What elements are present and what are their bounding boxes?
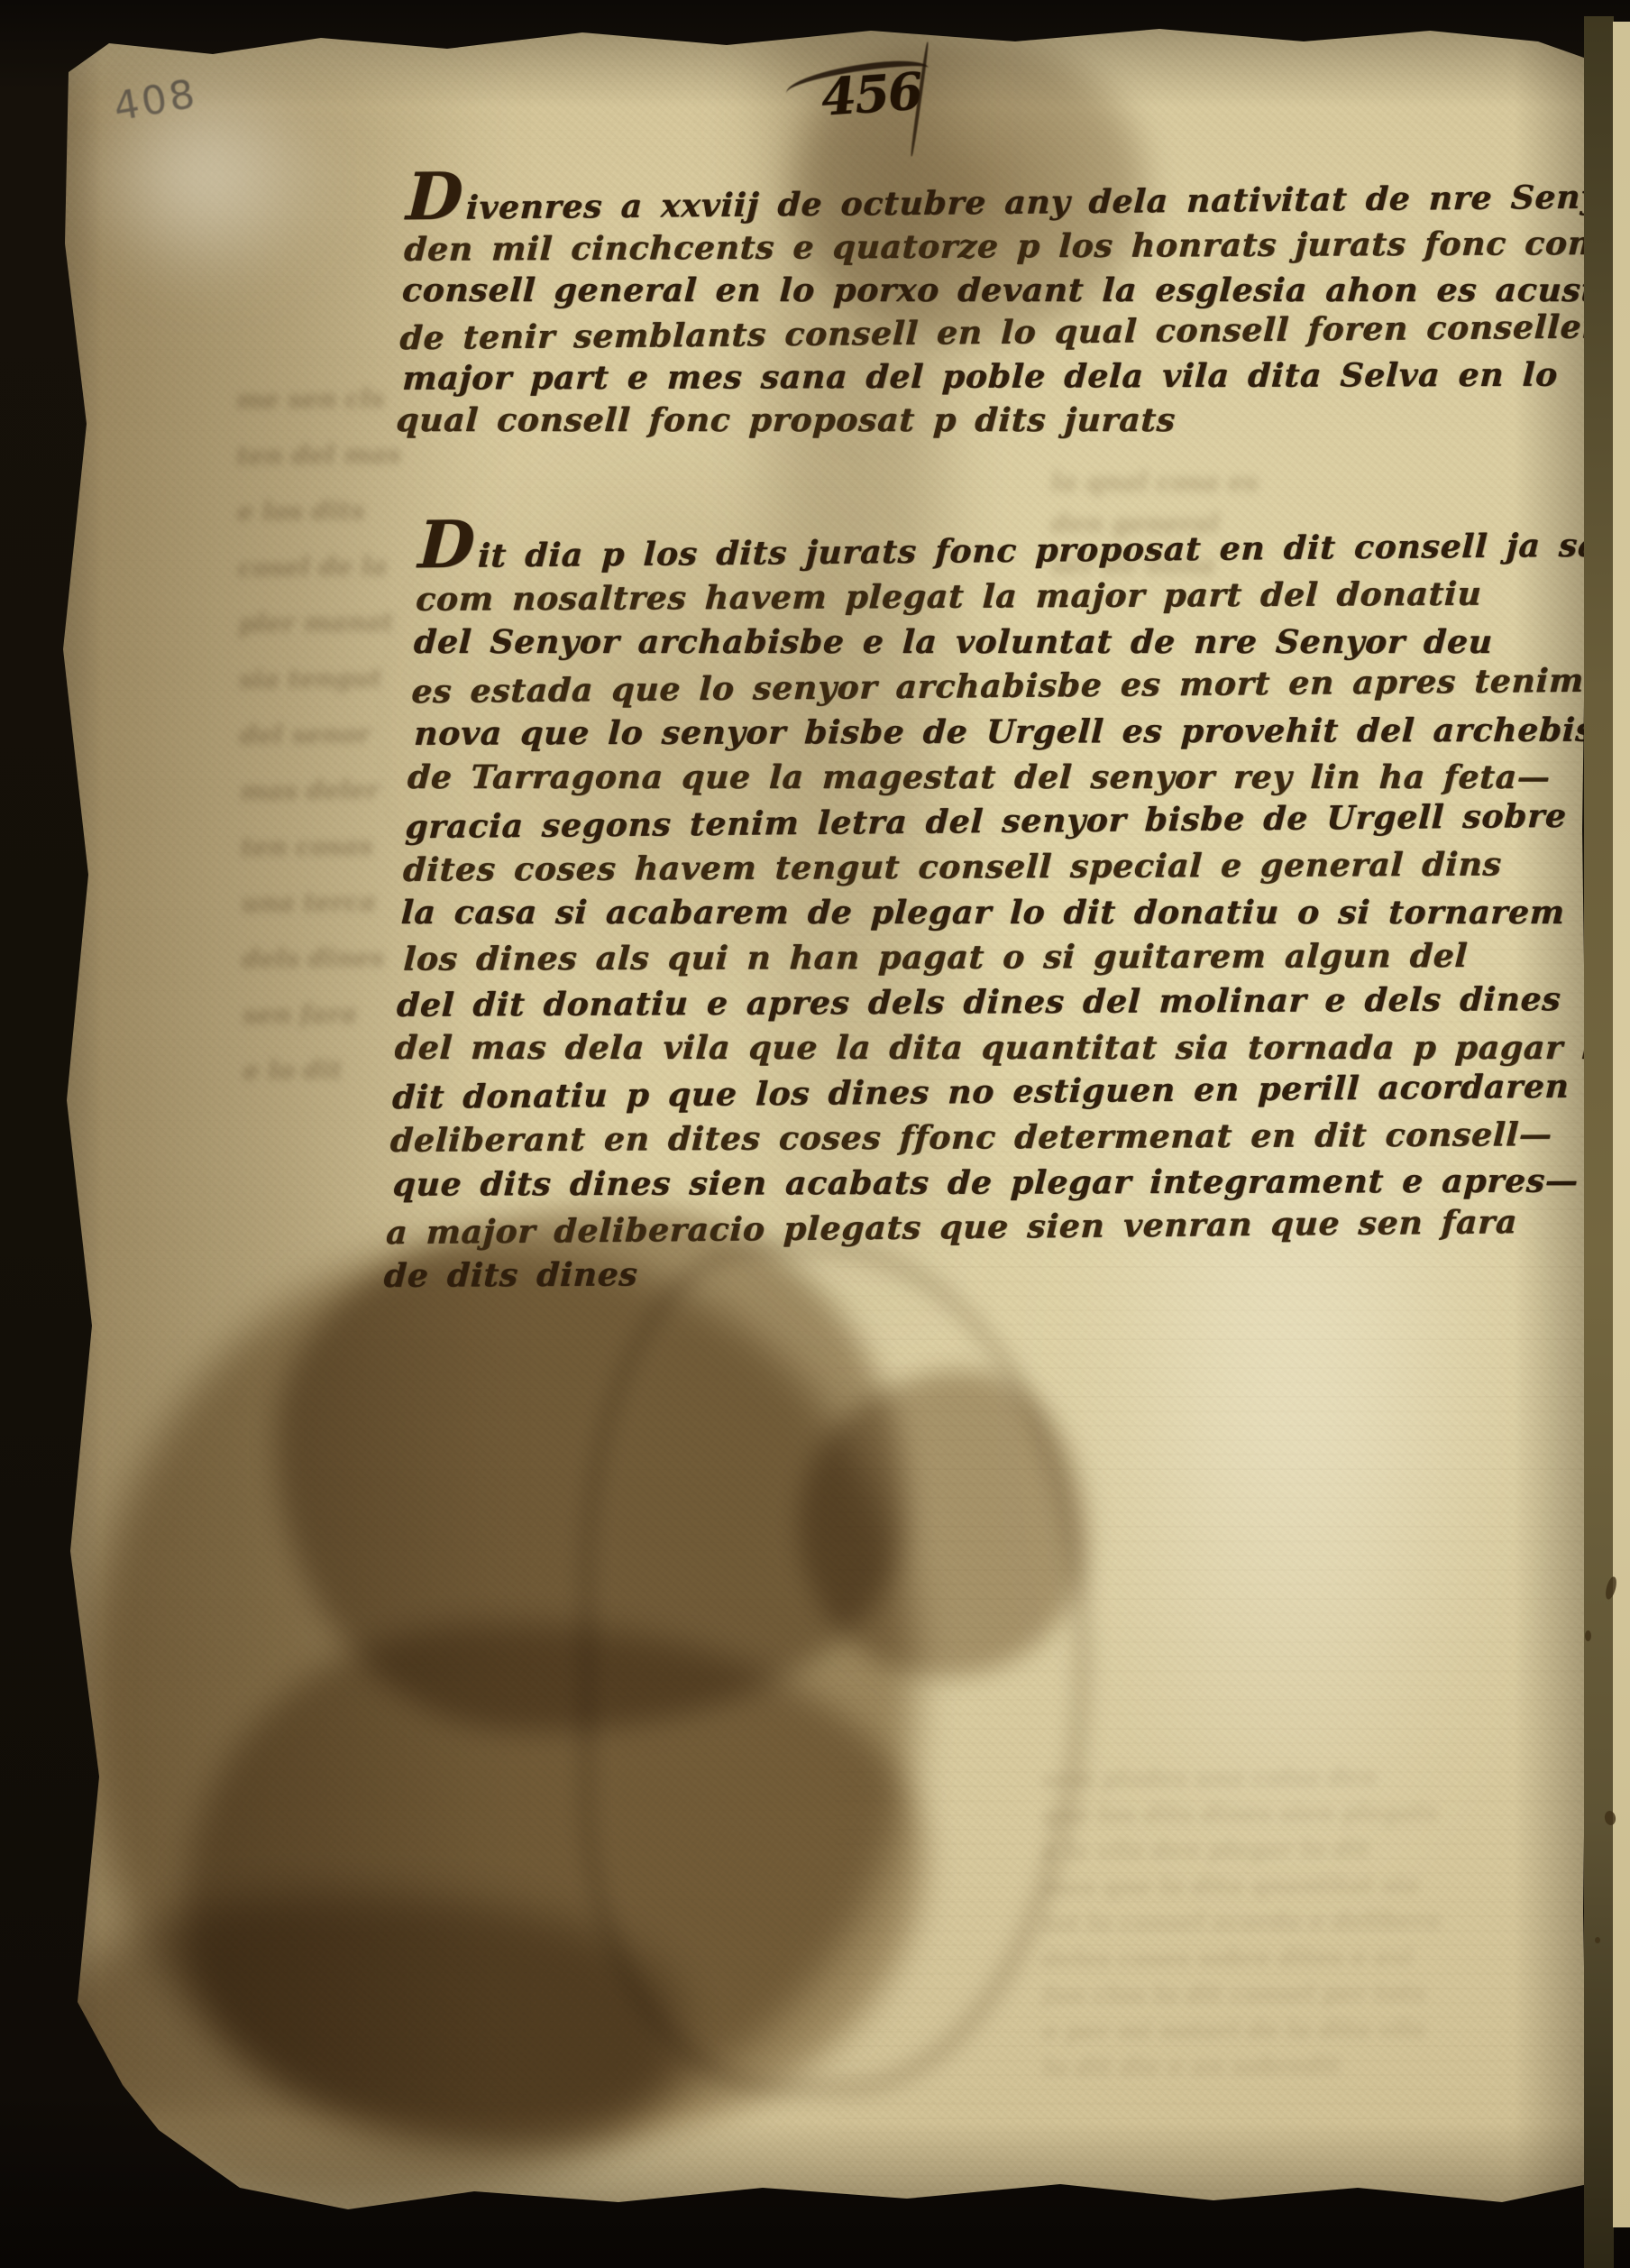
manuscript-text-line: los dines als qui n han pagat o si guita… (402, 933, 1387, 981)
manuscript-text-line: del mas dela vila que la dita quantitat … (394, 1025, 1379, 1070)
verso-showthrough-left: me sen clsten del mase los ditscosel de … (236, 371, 408, 1099)
verso-showthrough-line: fon clos lo dit consel per tots (1042, 1975, 1441, 2014)
manuscript-page: me sen clsten del mase los ditscosel de … (23, 18, 1592, 2233)
manuscript-text-line: la casa si acabarem de plegar lo dit don… (400, 890, 1386, 935)
verso-showthrough-line: sia tengut (239, 650, 404, 708)
verso-showthrough-line: una terca (242, 874, 407, 932)
pencil-folio-number-top: 408 (110, 70, 200, 130)
manuscript-text-line: que dits dines sien acabats de plegar in… (392, 1159, 1378, 1207)
verso-showthrough-line: dels dines (242, 930, 407, 987)
manuscript-text-line: Dit dia p los dits jurats fonc proposat … (417, 525, 1403, 579)
paper-highlight-top-left (32, 27, 375, 325)
verso-showthrough-line: sem plades una colsa den (1041, 1758, 1440, 1797)
ink-speck (1595, 1937, 1600, 1943)
verso-showthrough-line: tot lo consel acorda e delibera (1042, 1903, 1441, 1942)
photo-background: { "page": { "pencil_folio_top_left": "40… (0, 0, 1630, 2268)
ink-speck (1585, 1630, 1591, 1641)
ink-folio-number: 456 (820, 61, 923, 128)
verso-showthrough-line: deles coses sobre dites e axi (1042, 1939, 1441, 1978)
paragraph-2: Dit dia p los dits jurats fonc proposat … (383, 527, 1402, 1299)
water-stain-bottom-left (32, 1894, 682, 2200)
water-stain-lobe (799, 1371, 1087, 1677)
manuscript-text-line: dites coses havem tengut consell special… (402, 842, 1387, 893)
verso-showthrough-line: a la vila den plegar lo dit (1041, 1831, 1440, 1869)
paragraph-1: Divenres a xxviij de octubre any dela na… (395, 179, 1390, 445)
manuscript-text-line: dit donatiu p que los dines no estiguen … (391, 1066, 1377, 1120)
water-stain-central-blob (87, 1244, 916, 2146)
verso-showthrough-line: qne los dits dines sien plegats (1041, 1795, 1440, 1833)
verso-showthrough-line: la qnal cosa es (1051, 462, 1259, 503)
verso-showthrough-line: e per mi notari de la dita vila (1043, 2011, 1442, 2050)
verso-showthrough-line: sen fara (243, 986, 407, 1043)
manuscript-text-line: de Tarragona que la magestat del senyor … (407, 755, 1392, 800)
manuscript-text-line: com nosaltres havem plegat la major part… (415, 572, 1400, 622)
verso-showthrough-line: cosel de la (238, 538, 403, 596)
manuscript-text-line: deliberant en dites coses ffonc determen… (389, 1113, 1375, 1163)
verso-showthrough-line: ten del mas (236, 427, 401, 484)
pencil-folio-number-bottom: 406 (116, 2172, 187, 2216)
verso-showthrough-line: lo dit die e an sobredit (1043, 2047, 1442, 2086)
water-stain-central-blob (186, 1623, 925, 2146)
verso-showthrough-bottom-right: sem plades una colsa denqne los dits din… (1041, 1758, 1442, 2086)
verso-showthrough-line: mas qne la dita qnantitat sia (1042, 1867, 1441, 1905)
manuscript-text-line: Divenres a xxviij de octubre any dela na… (405, 178, 1390, 230)
verso-showthrough-line: me sen cls (236, 371, 401, 428)
manuscript-text-line: consell general en lo porxo devant la es… (401, 269, 1387, 312)
verso-showthrough-line: pler manat (238, 594, 403, 652)
verso-showthrough-line: e lo dit (243, 1042, 408, 1099)
manuscript-text-line: qual consell fonc proposat p dits jurats (395, 399, 1380, 442)
gutter-shadow-gap (1584, 16, 1614, 2268)
manuscript-text-line: gracia segons tenim letra del senyor bis… (404, 795, 1389, 849)
verso-showthrough-line: ten cosas (241, 818, 406, 876)
manuscript-text-line: es estada que lo senyor archabisbe es mo… (410, 660, 1396, 714)
water-stain-tideline (582, 1244, 1087, 2092)
manuscript-text-line: del Senyor archabisbe e la voluntat de n… (413, 620, 1398, 665)
manuscript-text-line: major part e mes sana del poble dela vil… (401, 354, 1387, 399)
verso-showthrough-line: e los dits (237, 482, 402, 540)
manuscript-text-line: nova que lo senyor bisbe de Urgell es pr… (413, 708, 1398, 756)
manuscript-text-line: den mil cinchcents e quatorze p los honr… (403, 223, 1388, 271)
verso-showthrough-line: mas deler (240, 762, 405, 820)
manuscript-text-line: de dits dines (383, 1248, 1369, 1299)
manuscript-text-line: de tenir semblants consell en lo qual co… (399, 308, 1385, 360)
manuscript-text-line: del dit donatiu e apres dels dines del m… (396, 978, 1381, 1028)
verso-showthrough-line: del senor (240, 706, 405, 764)
next-page-edge (1613, 22, 1630, 2227)
manuscript-text-line: a major deliberacio plegats que sien ven… (385, 1201, 1370, 1255)
